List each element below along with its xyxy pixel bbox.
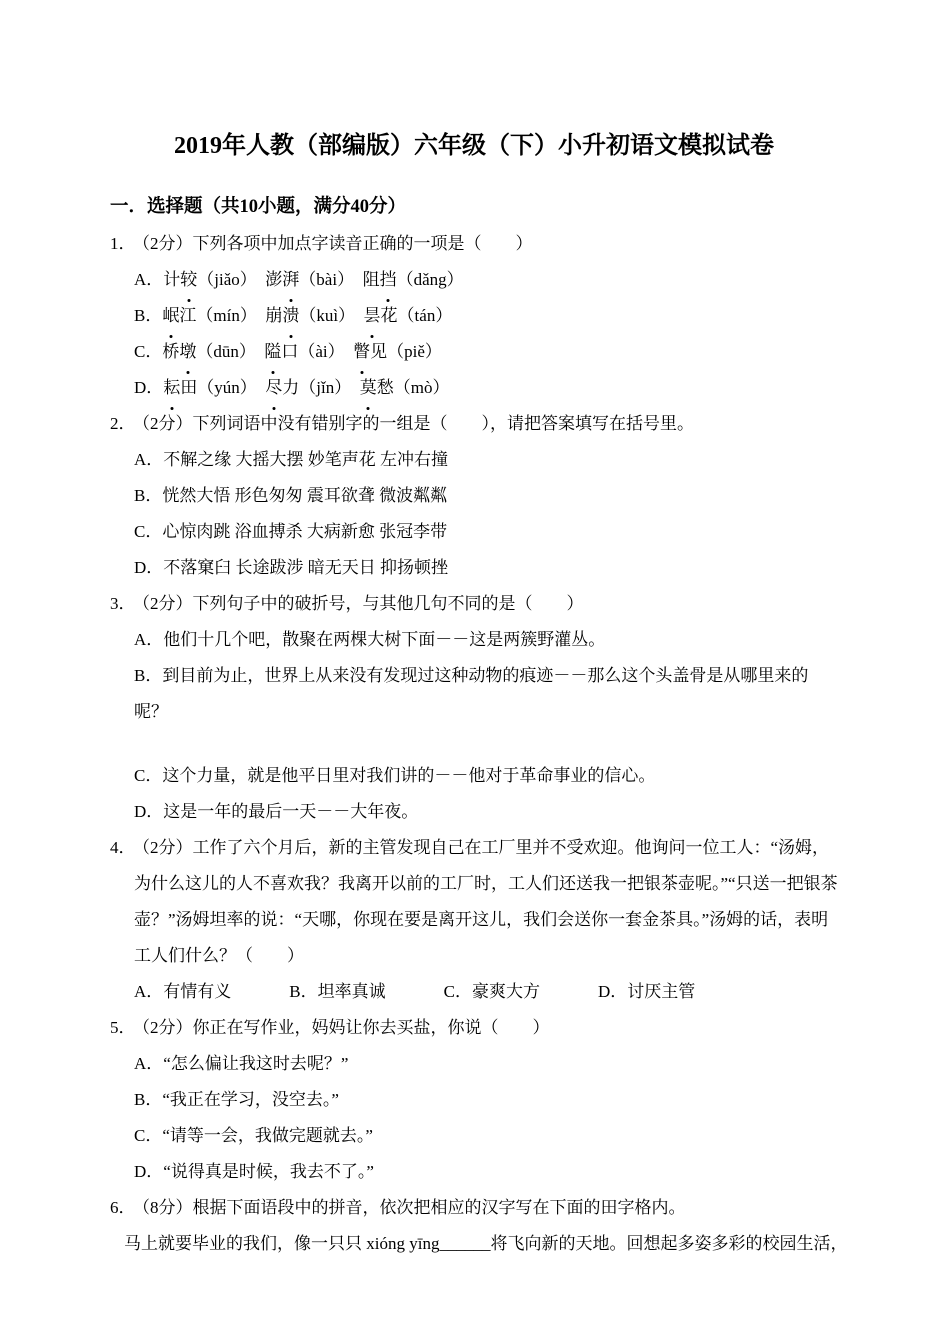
option-D: D．耘田（yún） 尽力（jǐn） 莫愁（mò） [134, 370, 838, 406]
dotted-char: 湃 [282, 262, 299, 298]
option-text: 他们十几个吧，散聚在两棵大树下面－－这是两簇野灌丛。 [163, 630, 605, 649]
option-A: A．计较（jiǎo） 澎湃（bài） 阻挡（dǎng） [134, 262, 838, 298]
option-D: D．“说得真是时候，我去不了。” [134, 1154, 838, 1190]
option-text: “请等一会，我做完题就去。” [162, 1126, 373, 1145]
option-text: 桥墩（dūn） 隘口（ài） 瞥见（piě） [162, 342, 442, 361]
option-text: 不解之缘 大摇大摆 妙笔声花 左冲右撞 [163, 450, 448, 469]
option-text: 心惊肉跳 浴血搏杀 大病新愈 张冠李带 [162, 522, 447, 541]
option-label: D． [598, 982, 627, 1001]
question-number: 6． [110, 1198, 136, 1217]
option-C: C．这个力量，就是他平日里对我们讲的－－他对于革命事业的信心。 [134, 758, 838, 794]
option-label: B． [134, 666, 162, 685]
option-B: B．坦率真诚 [289, 974, 385, 1010]
option-text: “我正在学习，没空去。” [162, 1090, 339, 1109]
question-number: 2． [110, 414, 136, 433]
option-label: B． [134, 1090, 162, 1109]
dotted-char: 尽 [265, 370, 282, 406]
dotted-char: 耘 [163, 370, 180, 406]
option-label: A． [134, 450, 163, 469]
question-number: 5． [110, 1018, 136, 1037]
option-label: B． [289, 982, 317, 1001]
question-stem-text: （2分）下列词语中没有错别字的一组是（ ），请把答案填写在括号里。 [142, 414, 695, 433]
option-A: A．有情有义 [134, 974, 231, 1010]
option-text: 岷江（mín） 崩溃（kuì） 昙花（tán） [162, 306, 452, 325]
question-number: 1． [110, 234, 136, 253]
option-label: C． [134, 342, 162, 361]
option-D: D．这是一年的最后一天－－大年夜。 [134, 794, 838, 830]
dotted-char: 溃 [282, 298, 299, 334]
dotted-char: 昙 [364, 298, 381, 334]
question-stem: 4．（2分）工作了六个月后，新的主管发现自己在工厂里并不受欢迎。他询问一位工人：… [110, 830, 838, 974]
question-stem-text: （2分）下列各项中加点字读音正确的一项是（ ） [142, 234, 533, 253]
option-label: B． [134, 306, 162, 325]
dotted-char: 瞥 [353, 334, 370, 370]
question-number: 3． [110, 594, 136, 613]
question-stem: 1．（2分）下列各项中加点字读音正确的一项是（ ） [110, 226, 838, 262]
option-text: 恍然大悟 形色匆匆 震耳欲聋 微波粼粼 [162, 486, 447, 505]
option-text: 豪爽大方 [472, 982, 540, 1001]
options-row: A．有情有义B．坦率真诚C．豪爽大方D．讨厌主管 [134, 974, 838, 1010]
question-stem-text: （2分）工作了六个月后，新的主管发现自己在工厂里并不受欢迎。他询问一位工人：“汤… [134, 838, 838, 965]
option-text: 耘田（yún） 尽力（jǐn） 莫愁（mò） [163, 378, 449, 397]
option-text: “说得真是时候，我去不了。” [163, 1162, 374, 1181]
option-B: B．恍然大悟 形色匆匆 震耳欲聋 微波粼粼 [134, 478, 838, 514]
question-stem: 3．（2分）下列句子中的破折号，与其他几句不同的是（ ） [110, 586, 838, 622]
exam-paper: 2019年人教（部编版）六年级（下）小升初语文模拟试卷 一．选择题（共10小题，… [0, 0, 950, 1344]
option-text: “怎么偏让我这时去呢？” [163, 1054, 348, 1073]
dotted-char: 莫 [360, 370, 377, 406]
dotted-char: 较 [180, 262, 197, 298]
question-stem: 2．（2分）下列词语中没有错别字的一组是（ ），请把答案填写在括号里。 [110, 406, 838, 442]
question-stem-text: （2分）你正在写作业，妈妈让你去买盐，你说（ ） [142, 1018, 550, 1037]
question-stem-text: （2分）下列句子中的破折号，与其他几句不同的是（ ） [142, 594, 584, 613]
option-text: 有情有义 [163, 982, 231, 1001]
question-5: 5．（2分）你正在写作业，妈妈让你去买盐，你说（ ）A．“怎么偏让我这时去呢？”… [110, 1010, 838, 1190]
option-label: D． [134, 378, 163, 397]
option-A: A．“怎么偏让我这时去呢？” [134, 1046, 838, 1082]
option-B: B．“我正在学习，没空去。” [134, 1082, 838, 1118]
option-D: D．讨厌主管 [598, 974, 695, 1010]
question-4: 4．（2分）工作了六个月后，新的主管发现自己在工厂里并不受欢迎。他询问一位工人：… [110, 830, 838, 1010]
option-text: 计较（jiǎo） 澎湃（bài） 阻挡（dǎng） [163, 270, 463, 289]
option-text: 讨厌主管 [627, 982, 695, 1001]
option-label: D． [134, 558, 163, 577]
option-label: A． [134, 982, 163, 1001]
option-C: C．桥墩（dūn） 隘口（ài） 瞥见（piě） [134, 334, 838, 370]
option-text: 坦率真诚 [318, 982, 386, 1001]
option-label: C． [444, 982, 472, 1001]
option-label: B． [134, 486, 162, 505]
question-paragraph: 马上就要毕业的我们，像一只只 xióng yīng______将飞向新的天地。回… [124, 1226, 838, 1262]
option-D: D．不落窠臼 长途跋涉 暗无天日 抑扬顿挫 [134, 550, 838, 586]
question-list: 1．（2分）下列各项中加点字读音正确的一项是（ ）A．计较（jiǎo） 澎湃（b… [110, 226, 838, 1262]
option-label: D． [134, 1162, 163, 1181]
option-text: 到目前为止，世界上从来没有发现过这种动物的痕迹－－那么这个头盖骨是从哪里来的呢？ [134, 666, 808, 721]
question-1: 1．（2分）下列各项中加点字读音正确的一项是（ ）A．计较（jiǎo） 澎湃（b… [110, 226, 838, 406]
option-C: C．“请等一会，我做完题就去。” [134, 1118, 838, 1154]
page-title: 2019年人教（部编版）六年级（下）小升初语文模拟试卷 [110, 130, 838, 162]
option-label: A． [134, 1054, 163, 1073]
option-text: 这个力量，就是他平日里对我们讲的－－他对于革命事业的信心。 [162, 766, 655, 785]
option-A: A．他们十几个吧，散聚在两棵大树下面－－这是两簇野灌丛。 [134, 622, 838, 658]
dotted-char: 墩 [179, 334, 196, 370]
question-2: 2．（2分）下列词语中没有错别字的一组是（ ），请把答案填写在括号里。A．不解之… [110, 406, 838, 586]
question-stem: 6．（8分）根据下面语段中的拼音，依次把相应的汉字写在下面的田字格内。 [110, 1190, 838, 1226]
question-3: 3．（2分）下列句子中的破折号，与其他几句不同的是（ ）A．他们十几个吧，散聚在… [110, 586, 838, 830]
option-text: 不落窠臼 长途跋涉 暗无天日 抑扬顿挫 [163, 558, 448, 577]
section-heading: 一．选择题（共10小题，满分40分） [110, 188, 838, 226]
option-B: B．到目前为止，世界上从来没有发现过这种动物的痕迹－－那么这个头盖骨是从哪里来的… [134, 658, 838, 730]
option-label: C． [134, 522, 162, 541]
option-label: A． [134, 630, 163, 649]
option-C: C．豪爽大方 [444, 974, 540, 1010]
option-C: C．心惊肉跳 浴血搏杀 大病新愈 张冠李带 [134, 514, 838, 550]
dotted-char: 隘 [264, 334, 281, 370]
question-6: 6．（8分）根据下面语段中的拼音，依次把相应的汉字写在下面的田字格内。马上就要毕… [110, 1190, 838, 1262]
question-number: 4． [110, 838, 136, 857]
option-label: D． [134, 802, 163, 821]
question-stem-text: （8分）根据下面语段中的拼音，依次把相应的汉字写在下面的田字格内。 [142, 1198, 686, 1217]
dotted-char: 岷 [162, 298, 179, 334]
option-label: C． [134, 766, 162, 785]
option-label: C． [134, 1126, 162, 1145]
option-B: B．岷江（mín） 崩溃（kuì） 昙花（tán） [134, 298, 838, 334]
option-label: A． [134, 270, 163, 289]
option-A: A．不解之缘 大摇大摆 妙笔声花 左冲右撞 [134, 442, 838, 478]
question-stem: 5．（2分）你正在写作业，妈妈让你去买盐，你说（ ） [110, 1010, 838, 1046]
dotted-char: 挡 [380, 262, 397, 298]
option-text: 这是一年的最后一天－－大年夜。 [163, 802, 418, 821]
